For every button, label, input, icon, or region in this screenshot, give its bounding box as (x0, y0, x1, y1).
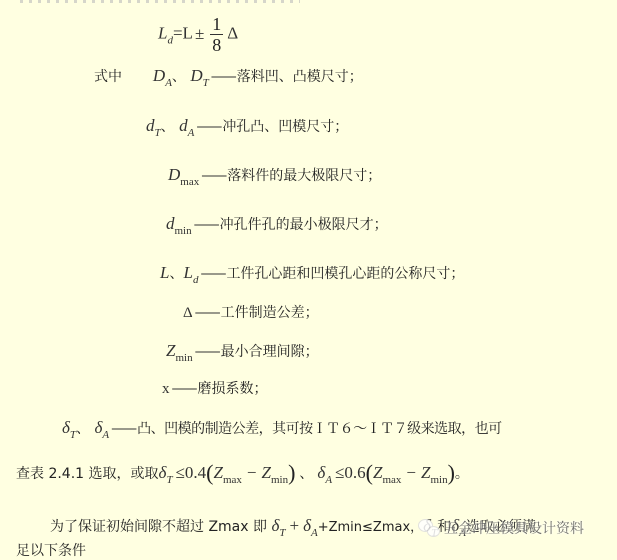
paragraph-text: 凸、凹模的制造公差，其可按ＩＴ６～ＩＴ７级来选取，也可 (137, 421, 502, 437)
definition-Zmin: Zmin——最小合理间隙； (166, 341, 319, 368)
fraction: 18 (210, 14, 223, 55)
separator: 、 (76, 421, 90, 437)
definition-dmin: dmin——冲孔件孔的最小极限尺才； (166, 214, 388, 241)
subscript-A: A (311, 527, 318, 539)
subscript-T: T (166, 474, 172, 486)
symbol-Z: Z (213, 463, 222, 482)
subscript-A: A (102, 429, 109, 441)
close-paren: ) (448, 460, 455, 485)
intro-label: 式中 (94, 69, 122, 85)
separator: 、 (172, 69, 186, 85)
em-dash: —— (201, 168, 225, 184)
definition-text: 冲孔件孔的最小极限尺才； (220, 217, 388, 233)
wechat-icon (418, 519, 440, 537)
subscript-A: A (325, 474, 332, 486)
em-dash: —— (172, 381, 196, 397)
minus-sign: − (247, 463, 257, 482)
close-paren: ) (288, 460, 295, 485)
paragraph-tolerance-line2: 查表 2.4.1 选取，或取δT≤0.4(Zmax−Zmin)、δA≤0.6(Z… (16, 463, 469, 490)
plus-minus: ± (195, 24, 204, 43)
minus-sign: − (406, 463, 416, 482)
relation: ≤0.4 (176, 463, 207, 482)
paragraph-text: 足以下条件 (16, 543, 86, 559)
paragraph-clearance-line2: 足以下条件 (16, 541, 86, 560)
subscript-min: min (430, 474, 447, 486)
open-paren: ( (366, 460, 373, 485)
paragraph-text: 查表 2.4.1 选取，或取 (16, 466, 159, 482)
symbol-D: D (190, 66, 202, 85)
subscript-min: min (175, 352, 192, 364)
definition-text: 落料凹、凸模尺寸； (237, 69, 363, 85)
definition-text: 落料件的最大极限尺寸； (227, 168, 381, 184)
subscript-d: d (193, 274, 199, 286)
subscript-A: A (165, 77, 172, 89)
definition-delta: Δ——工件制造公差； (183, 303, 319, 323)
em-dash: —— (194, 217, 218, 233)
subscript-min: min (175, 225, 192, 237)
plus-sign: + (289, 516, 299, 535)
paragraph-text: 为了保证初始间隙不超过 Zmax 即 (50, 519, 267, 535)
symbol-D: D (153, 66, 165, 85)
subscript-A: A (188, 127, 195, 139)
em-dash: —— (195, 344, 219, 360)
equals-L: =L (173, 24, 193, 43)
fraction-denominator: 8 (210, 35, 223, 55)
definition-x: x——磨损系数； (162, 379, 268, 399)
subscript-max: max (223, 474, 242, 486)
cropped-text-strip (20, 0, 300, 3)
em-dash: —— (195, 305, 219, 321)
definition-L-Ld: L、Ld——工件孔心距和凹模孔心距的公称尺寸； (160, 263, 464, 290)
symbol-delta: δ (303, 516, 311, 535)
definition-text: 冲孔凸、凹模尺寸； (222, 119, 348, 135)
delta-symbol: Δ (227, 24, 238, 43)
separator: 、 (299, 466, 313, 482)
symbol-d: d (146, 116, 155, 135)
em-dash: —— (211, 69, 235, 85)
symbol-d: d (166, 214, 175, 233)
fraction-numerator: 1 (210, 14, 223, 35)
definition-text: 工件制造公差； (221, 305, 319, 321)
subscript-min: min (271, 474, 288, 486)
definition-text: 工件孔心距和凹模孔心距的公称尺寸； (226, 266, 464, 282)
definition-Dmax: Dmax——落料件的最大极限尺寸； (168, 165, 381, 192)
subscript-T: T (279, 527, 285, 539)
separator: 、 (169, 266, 183, 282)
delta-symbol: Δ (183, 305, 193, 321)
definition-text: 最小合理间隙； (221, 344, 319, 360)
symbol-x: x (162, 381, 170, 397)
watermark: 五金冲压模具设计资料 (418, 518, 584, 538)
paragraph-tolerance-line1: δT、 δA——凸、凹模的制造公差，其可按ＩＴ６～ＩＴ７级来选取，也可 (62, 418, 502, 445)
symbol-d: d (179, 116, 188, 135)
subscript-max: max (382, 474, 401, 486)
subscript-max: max (180, 176, 199, 188)
subscript-T: T (203, 77, 209, 89)
watermark-text: 五金冲压模具设计资料 (444, 518, 584, 538)
em-dash: —— (111, 421, 135, 437)
period: 。 (455, 466, 469, 482)
symbol-D: D (168, 165, 180, 184)
em-dash: —— (200, 266, 224, 282)
relation: ≤0.6 (335, 463, 366, 482)
em-dash: —— (196, 119, 220, 135)
definition-text: 磨损系数； (198, 381, 268, 397)
definition-D: 式中 DA、 DT——落料凹、凸模尺寸； (94, 66, 363, 93)
separator: 、 (161, 119, 175, 135)
paragraph-text: +Zmin≤Zmax， (318, 520, 423, 535)
definition-d: dT、 dA——冲孔凸、凹模尺寸； (146, 116, 348, 143)
symbol-delta: δ (62, 418, 70, 437)
symbol-L: L (183, 263, 192, 282)
formula-main: Ld=L±18Δ (158, 14, 238, 59)
symbol-Z: Z (262, 463, 271, 482)
